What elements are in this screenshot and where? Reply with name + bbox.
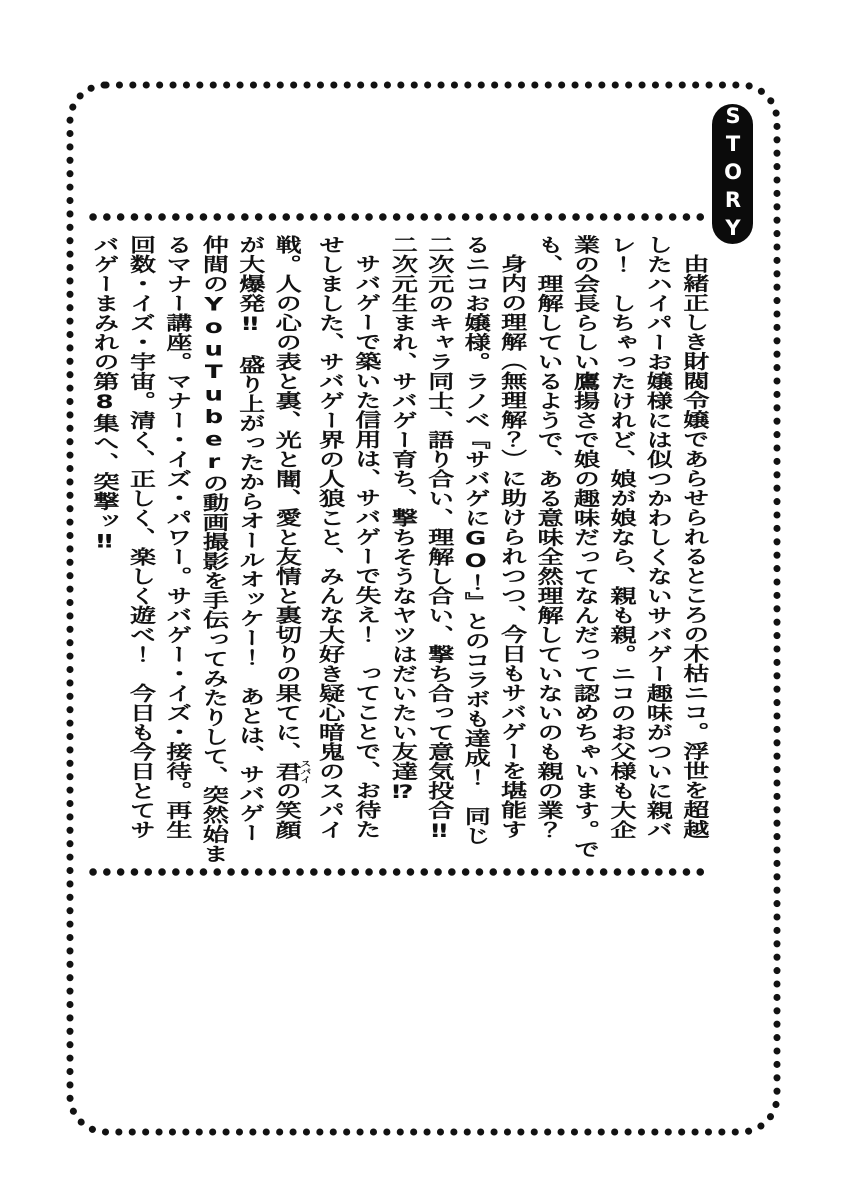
story-column: 二次元のキャラ同士、語り合い、理解し合い、撃ち合って意気投合‼ — [421, 235, 457, 867]
story-column: が大爆発‼ 盛り上がったからオールオッケー！ あとは、サバゲー — [232, 235, 268, 867]
story-column: サバゲーで築いた信用は、サバゲーで失え！ ってことで、お待た — [348, 235, 384, 867]
story-synopsis-text: 由緒正しき財閥令嬢であらせられるところの木枯ニコ。浮世を超越 したハイパーお嬢様… — [86, 235, 712, 867]
ruby-base: 君 — [272, 759, 302, 783]
story-column: も、理解しているようで、ある意味全然理解していないのも親の業？ — [530, 235, 566, 867]
story-column: 二次元生まれ、サバゲー育ち、撃ちそうなヤツはだいたい友達⁉ — [384, 235, 420, 867]
story-column: 仲間のYouTuberの動画撮影を手伝ってみたりして、突然始ま — [195, 235, 231, 867]
story-badge: STORY — [712, 104, 753, 244]
spy-ruby: 君スパイ — [272, 762, 302, 782]
story-column: るマナー講座。マナー・イズ・パワー。サバゲー・イズ・接待。再生 — [159, 235, 195, 867]
book-story-page: STORY 由緒正しき財閥令嬢であらせられるところの木枯ニコ。浮世を超越 したハ… — [0, 0, 847, 1200]
story-text-segment: 戦。人の心の表と裏、光と闇、愛と友情と裏切りの果てに、 — [272, 235, 302, 762]
story-text-segment: の笑顔 — [272, 781, 302, 840]
story-column: 由緒正しき財閥令嬢であらせられるところの木枯ニコ。浮世を超越 — [676, 235, 712, 867]
story-column: るニコお嬢様。ラノベ『サバゲにGO！』とのコラボも達成！ 同じ — [457, 235, 493, 867]
story-column: 身内の理解（無理解？）に助けられつつ、今日もサバゲーを堪能す — [493, 235, 529, 867]
story-badge-label: STORY — [722, 104, 743, 244]
story-column: 回数・イズ・宇宙。清く、正しく、楽しく遊べ！ 今日も今日とてサ — [122, 235, 158, 867]
story-column: したハイパーお嬢様には似つかわしくないサバゲー趣味がついに親バ — [639, 235, 675, 867]
story-column-with-ruby: 戦。人の心の表と裏、光と闇、愛と友情と裏切りの果てに、君スパイの笑顔 — [268, 235, 311, 867]
story-column: レ！ しちゃったけれど、娘が娘なら、親も親。ニコのお父様も大企 — [603, 235, 639, 867]
story-column: せしました、サバゲー界の人狼こと、みんな大好き疑心暗鬼のスパイ — [311, 235, 347, 867]
ruby-annotation: スパイ — [300, 759, 312, 783]
story-column: バゲーまみれの第8集へ、突撃ッ‼ — [86, 235, 122, 867]
story-column: 業の会長らしい鷹揚さで娘の趣味だってなんだって認めちゃいます。で — [566, 235, 602, 867]
